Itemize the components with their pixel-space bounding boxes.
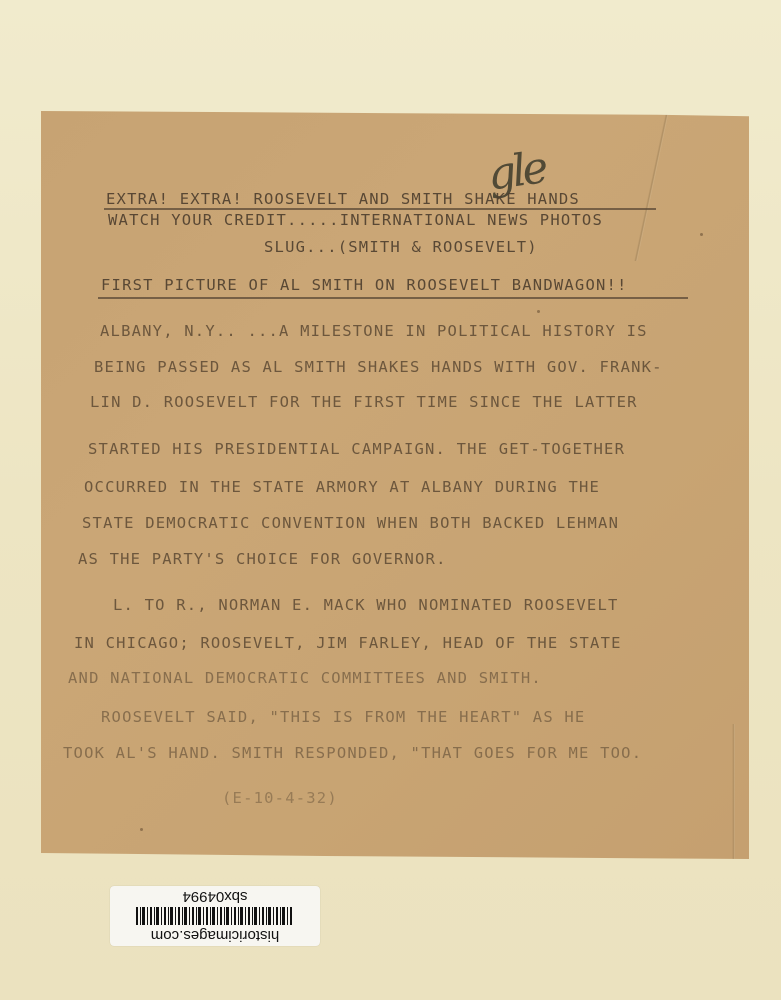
body-line: STARTED HIS PRESIDENTIAL CAMPAIGN. THE G…: [88, 440, 625, 458]
label-code-text: sbx04994: [110, 888, 320, 905]
body-line: AND NATIONAL DEMOCRATIC COMMITTEES AND S…: [68, 669, 542, 687]
paper-speck: [700, 233, 703, 236]
body-line: ROOSEVELT SAID, "THIS IS FROM THE HEART"…: [101, 708, 585, 726]
header-line-2: WATCH YOUR CREDIT.....INTERNATIONAL NEWS…: [108, 211, 603, 229]
inventory-label: historicimages.com sbx04994: [110, 886, 320, 946]
body-line: ALBANY, N.Y.. ...A MILESTONE IN POLITICA…: [100, 322, 648, 340]
body-line: BEING PASSED AS AL SMITH SHAKES HANDS WI…: [94, 358, 663, 376]
label-site-text: historicimages.com: [110, 927, 320, 944]
body-line: AS THE PARTY'S CHOICE FOR GOVERNOR.: [78, 550, 447, 568]
body-line: L. TO R., NORMAN E. MACK WHO NOMINATED R…: [113, 596, 619, 614]
body-line: OCCURRED IN THE STATE ARMORY AT ALBANY D…: [84, 478, 600, 496]
paper-speck: [140, 828, 143, 831]
paper-speck: [537, 310, 540, 313]
header-underline: [104, 208, 656, 210]
body-line: LIN D. ROOSEVELT FOR THE FIRST TIME SINC…: [90, 393, 638, 411]
barcode-icon: [136, 907, 292, 925]
paper-crease: [732, 724, 735, 859]
body-line: STATE DEMOCRATIC CONVENTION WHEN BOTH BA…: [82, 514, 619, 532]
body-line: IN CHICAGO; ROOSEVELT, JIM FARLEY, HEAD …: [74, 634, 622, 652]
header-line-3: SLUG...(SMITH & ROOSEVELT): [264, 238, 538, 256]
headline: FIRST PICTURE OF AL SMITH ON ROOSEVELT B…: [101, 276, 628, 294]
body-line: TOOK AL'S HAND. SMITH RESPONDED, "THAT G…: [63, 744, 642, 762]
paper-crease: [634, 111, 669, 261]
headline-underline: [98, 297, 688, 299]
header-line-1: EXTRA! EXTRA! ROOSEVELT AND SMITH SHAKE …: [106, 190, 580, 208]
dateline: (E-10-4-32): [222, 789, 338, 807]
label-rotated-content: historicimages.com sbx04994: [110, 886, 320, 946]
